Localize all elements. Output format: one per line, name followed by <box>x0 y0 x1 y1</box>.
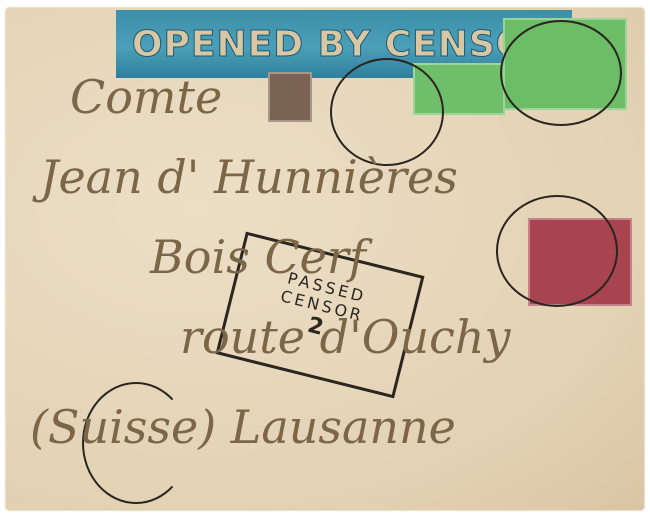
postmark-2 <box>500 20 622 126</box>
stamp-brown <box>268 72 312 122</box>
postmark-3 <box>496 195 618 307</box>
address-line-5: (Suisse) Lausanne <box>30 400 456 454</box>
address-line-1: Comte <box>70 70 222 124</box>
address-line-2: Jean d' Hunnières <box>40 150 458 204</box>
address-line-4: route d'Ouchy <box>180 310 510 364</box>
address-line-3: Bois Cerf <box>150 230 366 284</box>
